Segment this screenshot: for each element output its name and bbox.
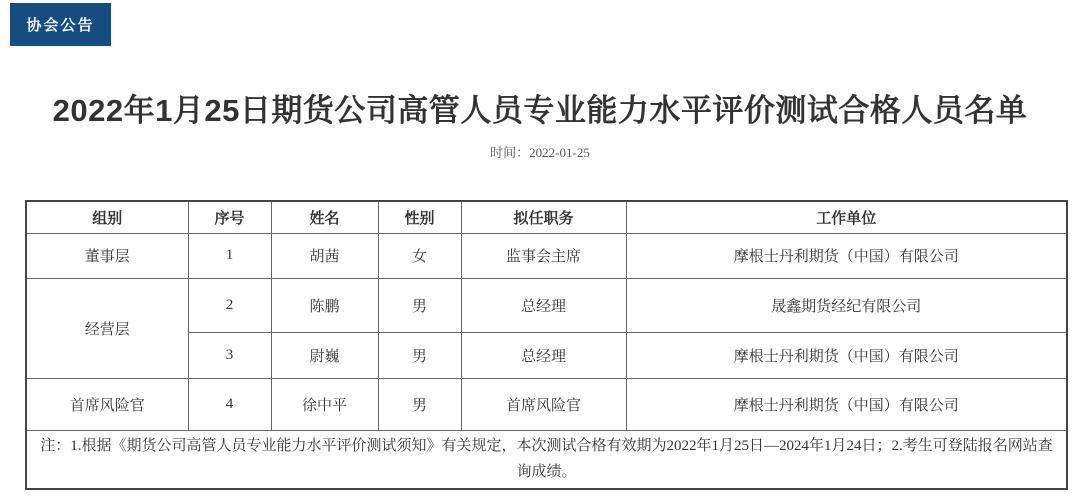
cell-company: 摩根士丹利期货（中国）有限公司 [626, 233, 1067, 278]
col-header-gender: 性别 [378, 201, 461, 233]
cell-company: 摩根士丹利期货（中国）有限公司 [626, 332, 1067, 378]
table-row: 经营层 2 陈鹏 男 总经理 晟鑫期货经纪有限公司 [26, 278, 1067, 332]
col-header-name: 姓名 [271, 201, 378, 233]
cell-group-merged: 经营层 [26, 278, 188, 378]
col-header-group: 组别 [26, 201, 188, 233]
cell-name: 徐中平 [271, 378, 378, 430]
cell-gender: 男 [378, 278, 461, 332]
cell-group: 董事层 [26, 233, 188, 278]
cell-position: 首席风险官 [461, 378, 626, 430]
results-table-container: 组别 序号 姓名 性别 拟任职务 工作单位 董事层 1 胡茜 女 监事会主席 摩… [25, 200, 1068, 490]
table-row: 董事层 1 胡茜 女 监事会主席 摩根士丹利期货（中国）有限公司 [26, 233, 1067, 278]
cell-group: 首席风险官 [26, 378, 188, 430]
cell-position: 总经理 [461, 278, 626, 332]
cell-gender: 女 [378, 233, 461, 278]
results-table: 组别 序号 姓名 性别 拟任职务 工作单位 董事层 1 胡茜 女 监事会主席 摩… [25, 200, 1068, 490]
cell-no: 3 [188, 332, 271, 378]
cell-company: 晟鑫期货经纪有限公司 [626, 278, 1067, 332]
cell-name: 陈鹏 [271, 278, 378, 332]
table-note: 注：1.根据《期货公司高管人员专业能力水平评价测试须知》有关规定，本次测试合格有… [26, 430, 1067, 489]
cell-no: 4 [188, 378, 271, 430]
cell-gender: 男 [378, 332, 461, 378]
page-title: 2022年1月25日期货公司高管人员专业能力水平评价测试合格人员名单 [0, 0, 1080, 129]
cell-position: 监事会主席 [461, 233, 626, 278]
publish-date: 时间：2022-01-25 [0, 142, 1080, 161]
cell-no: 1 [188, 233, 271, 278]
col-header-no: 序号 [188, 201, 271, 233]
col-header-position: 拟任职务 [461, 201, 626, 233]
cell-gender: 男 [378, 378, 461, 430]
association-announcement-tab[interactable]: 协会公告 [10, 3, 111, 46]
announcement-page: 协会公告 2022年1月25日期货公司高管人员专业能力水平评价测试合格人员名单 … [0, 0, 1080, 497]
col-header-company: 工作单位 [626, 201, 1067, 233]
cell-position: 总经理 [461, 332, 626, 378]
cell-no: 2 [188, 278, 271, 332]
cell-name: 尉巍 [271, 332, 378, 378]
header-row: 组别 序号 姓名 性别 拟任职务 工作单位 [26, 201, 1067, 233]
cell-name: 胡茜 [271, 233, 378, 278]
cell-company: 摩根士丹利期货（中国）有限公司 [626, 378, 1067, 430]
note-row: 注：1.根据《期货公司高管人员专业能力水平评价测试须知》有关规定，本次测试合格有… [26, 430, 1067, 489]
table-row: 首席风险官 4 徐中平 男 首席风险官 摩根士丹利期货（中国）有限公司 [26, 378, 1067, 430]
